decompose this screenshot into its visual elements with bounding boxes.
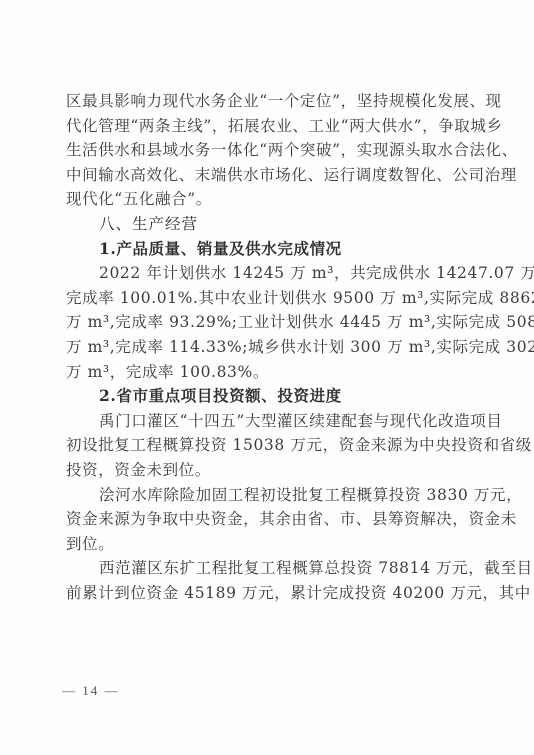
subheading-investment: 2.省市重点项目投资额、投资进度 [66, 384, 471, 409]
paragraph-company-positioning: 区最具影响力现代水务企业“一个定位”，坚持规模化发展、现 代化管理“两条主线”，… [66, 89, 471, 212]
text-line: 万 m³，完成率 100.83%。 [66, 360, 471, 385]
text-line: 初设批复工程概算投资 15038 万元，资金来源为中央投资和省级 [66, 433, 471, 458]
text-line: 生活供水和县域水务一体化“两个突破”，实现源头取水合法化、 [66, 138, 471, 163]
text-line: 前累计到位资金 45189 万元，累计完成投资 40200 万元，其中 [66, 581, 471, 606]
paragraph-kuaihe-reservoir: 浍河水库除险加固工程初设批复工程概算投资 3830 万元， 资金来源为争取中央资… [66, 483, 471, 557]
text-line: 万 m³,完成率 93.29%;工业计划供水 4445 万 m³,实际完成 50… [66, 310, 471, 335]
text-line: 西范灌区东扩工程批复工程概算总投资 78814 万元，截至目 [66, 556, 471, 581]
text-line: 区最具影响力现代水务企业“一个定位”，坚持规模化发展、现 [66, 89, 471, 114]
text-line: 到位。 [66, 532, 471, 557]
paragraph-yumenkou-project: 禹门口灌区“十四五”大型灌区续建配套与现代化改造项目 初设批复工程概算投资 15… [66, 409, 471, 483]
page-number: — 14 — [62, 683, 120, 699]
text-line: 禹门口灌区“十四五”大型灌区续建配套与现代化改造项目 [66, 409, 471, 434]
text-line: 代化管理“两条主线”，拓展农业、工业“两大供水”，争取城乡 [66, 114, 471, 139]
text-line: 2022 年计划供水 14245 万 m³，共完成供水 14247.07 万 m… [66, 261, 471, 286]
text-line: 完成率 100.01%.其中农业计划供水 9500 万 m³,实际完成 8862… [66, 286, 471, 311]
subheading-water-supply: 1.产品质量、销量及供水完成情况 [66, 237, 471, 262]
paragraph-xifan-expansion: 西范灌区东扩工程批复工程概算总投资 78814 万元，截至目 前累计到位资金 4… [66, 556, 471, 605]
document-body: 区最具影响力现代水务企业“一个定位”，坚持规模化发展、现 代化管理“两条主线”，… [66, 89, 471, 605]
text-line: 投资，资金未到位。 [66, 458, 471, 483]
text-line: 现代化“五化融合”。 [66, 187, 471, 212]
text-line: 万 m³,完成率 114.33%;城乡供水计划 300 万 m³,实际完成 30… [66, 335, 471, 360]
text-line: 资金来源为争取中央资金，其余由省、市、县筹资解决，资金未 [66, 507, 471, 532]
text-line: 中间输水高效化、末端供水市场化、运行调度数智化、公司治理 [66, 163, 471, 188]
document-page: 区最具影响力现代水务企业“一个定位”，坚持规模化发展、现 代化管理“两条主线”，… [0, 0, 534, 755]
text-line: 浍河水库除险加固工程初设批复工程概算投资 3830 万元， [66, 483, 471, 508]
section-heading-production: 八、生产经营 [66, 212, 471, 237]
paragraph-water-supply-stats: 2022 年计划供水 14245 万 m³，共完成供水 14247.07 万 m… [66, 261, 471, 384]
